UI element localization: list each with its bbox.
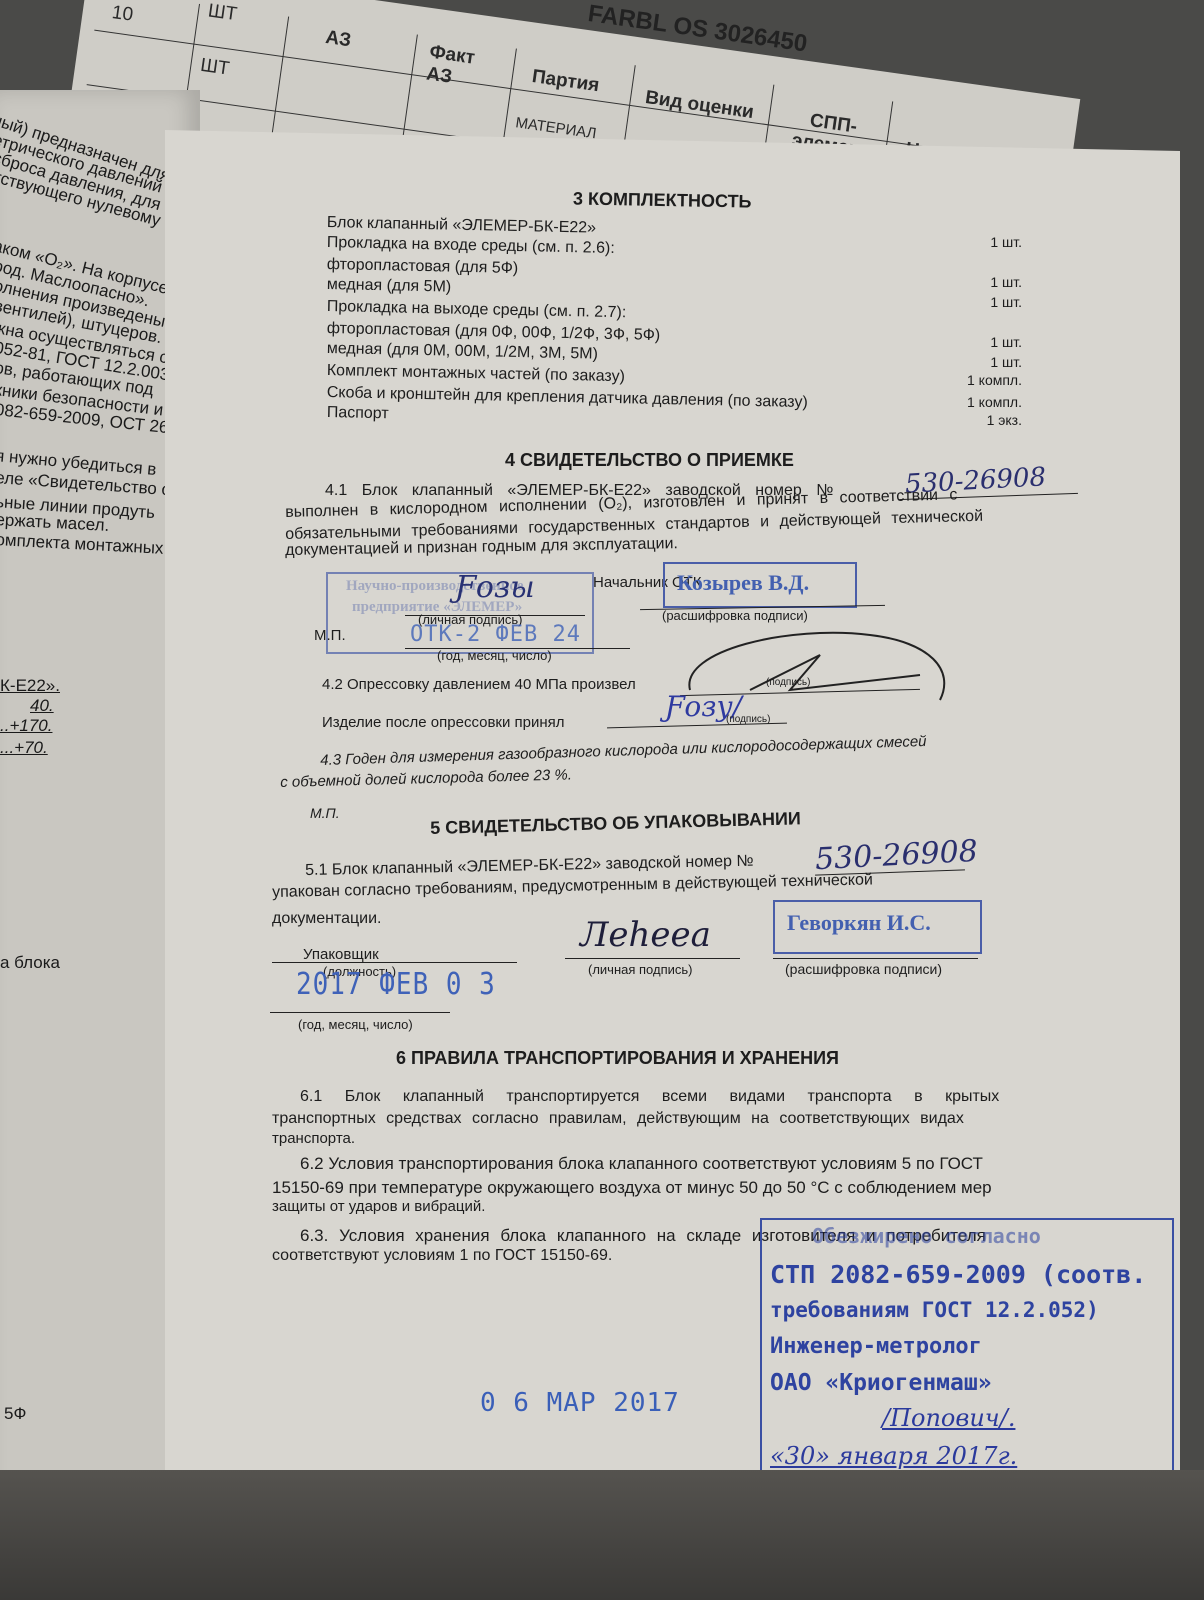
p51-line: документации. [272,910,382,928]
p43-line: 4.3 Годен для измерения газообразного ки… [320,733,927,769]
completeness-item: Прокладка на выходе среды (см. п. 2.7): [327,298,627,322]
s6-line: транспорта. [272,1130,355,1147]
packer-decode-line [773,958,978,959]
completeness-item: медная (для 0М, 00М, 1/2М, 3М, 5М) [327,340,598,364]
completeness-item: Скоба и кронштейн для крепления датчика … [327,384,808,412]
s6-line: транспортных средствах согласно правилам… [272,1110,964,1128]
packer-sign-caption: (личная подпись) [588,962,692,977]
completeness-qty: 1 экз. [932,412,1022,428]
stamp-signature: /Попович/. [882,1404,1015,1432]
packer-name: Геворкян И.С. [775,902,980,944]
completeness-qty: 1 компл. [932,372,1022,388]
stamp-line: Инженер-метролог [770,1334,982,1359]
pack-date-stamp: 2017 ФЕВ 0 3 [296,968,496,1003]
packer-label: Упаковщик [303,946,379,963]
s6-line: соответствуют условиям 1 по ГОСТ 15150-6… [272,1247,612,1265]
accepted-caption: (подпись) [726,714,770,725]
position-line [272,962,517,963]
s6-line: 15150-69 при температуре окружающего воз… [272,1178,992,1198]
stamp-line: Обезжирено согласно [812,1224,1041,1248]
completeness-item: Прокладка на входе среды (см. п. 2.6): [327,234,615,258]
s6-line: 6.2 Условия транспортирования блока клап… [300,1154,983,1174]
s6-line: 6.1 Блок клапанный транспортируется всем… [300,1088,999,1106]
mp-label: М.П. [314,627,346,644]
otk-date-stamp: ОТК-2 ФЕВ 24 [410,622,581,647]
pack-date-line [270,1012,450,1013]
section4-title: 4 СВИДЕТЕЛЬСТВО О ПРИЕМКЕ [505,450,794,471]
stamp-line: ОАО «Криогенмаш» [770,1370,992,1396]
completeness-item: Комплект монтажных частей (по заказу) [327,362,625,386]
packer-decode-caption: (расшифровка подписи) [785,961,942,977]
section3-title: 3 КОМПЛЕКТНОСТЬ [573,188,752,212]
completeness-item: фторопластовая (для 5Ф) [327,256,519,278]
section6-title: 6 ПРАВИЛА ТРАНСПОРТИРОВАНИЯ И ХРАНЕНИЯ [396,1048,839,1069]
packer-signature: Леheea [580,915,711,955]
completeness-qty: 1 компл. [932,394,1022,410]
completeness-qty: 1 шт. [932,274,1022,290]
head-name: Козырев В.Д. [665,564,855,602]
packer-name-stamp: Геворкян И.С. [773,900,982,954]
completeness-item: медная (для 5М) [327,276,452,297]
completeness-item: Паспорт [327,404,389,423]
completeness-qty: 1 шт. [932,334,1022,350]
s6-line: защиты от ударов и вибраций. [272,1198,485,1215]
degreasing-approval-stamp: Обезжирено согласно СТП 2082-659-2009 (с… [760,1218,1174,1490]
surface-background [0,1470,1204,1600]
p42-caption: (подпись) [766,677,810,688]
passport-content: 3 КОМПЛЕКТНОСТЬ Блок клапанный «ЭЛЕМЕР-Б… [0,0,1204,1600]
packer-sign-line [565,958,740,959]
stamp-date: «30» января 2017г. [770,1442,1017,1470]
stamp-line: требованиям ГОСТ 12.2.052) [770,1298,1099,1322]
date-stamp-bottom: 0 6 МАР 2017 [480,1388,680,1418]
head-name-stamp: Козырев В.Д. [663,562,857,608]
section5-title: 5 СВИДЕТЕЛЬСТВО ОБ УПАКОВЫВАНИИ [430,808,801,839]
completeness-qty: 1 шт. [932,354,1022,370]
completeness-qty: 1 шт. [932,294,1022,310]
p43-line: с объемной долей кислорода более 23 %. [280,766,572,791]
mp2-label: М.П. [310,805,340,821]
date-caption: (год, месяц, число) [437,648,552,663]
accepted-text: Изделие после опрессовки принял [322,714,565,731]
p42-text: 4.2 Опрессовку давлением 40 МПа произвел [322,676,636,693]
pack-date-caption: (год, месяц, число) [298,1017,413,1032]
completeness-qty: 1 шт. [932,234,1022,250]
otk-signature: Ƒoзы [455,570,535,605]
stamp-line: СТП 2082-659-2009 (соотв. [770,1260,1146,1289]
